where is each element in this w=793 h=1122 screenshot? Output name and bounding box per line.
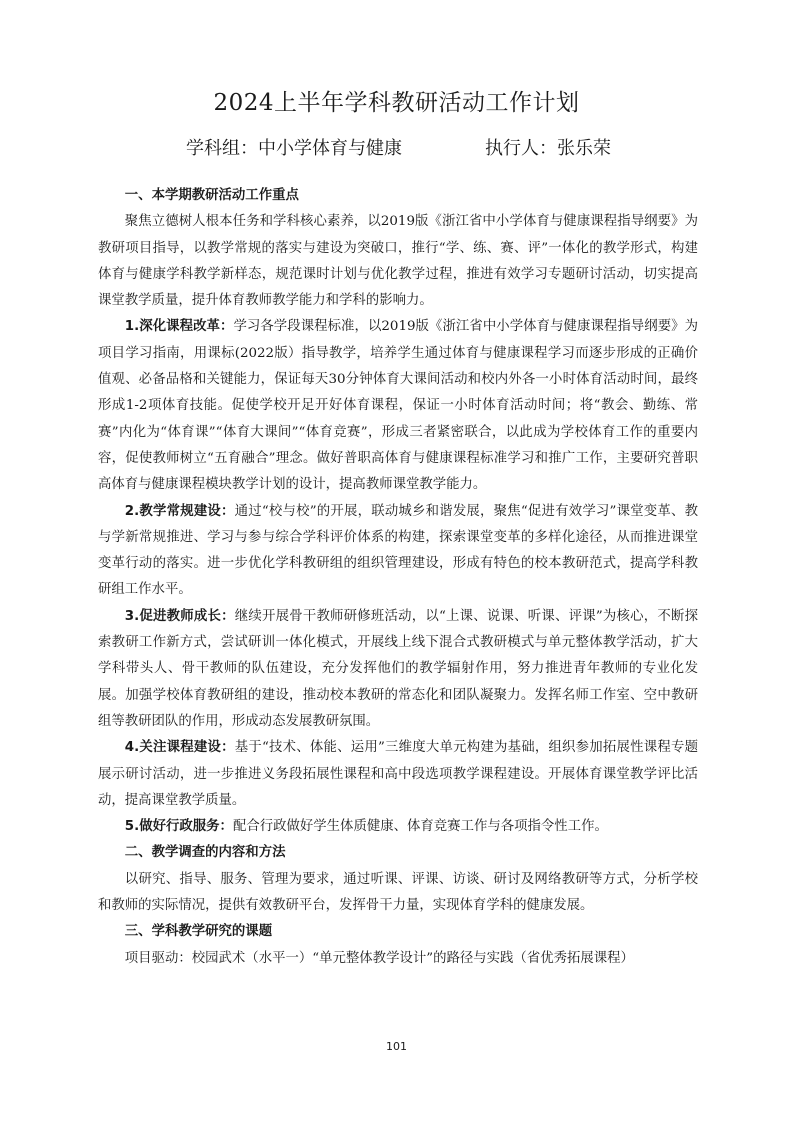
section-1-item-1: 1.深化课程改革：学习各学段课程标准，以2019版《浙江省中小学体育与健康课程指… <box>98 314 698 498</box>
section-1-intro: 聚焦立德树人根本任务和学科核心素养，以2019版《浙江省中小学体育与健康课程指导… <box>98 209 698 314</box>
executor-label: 执行人： <box>485 138 557 159</box>
document-page: 2024上半年学科教研活动工作计划 学科组：中小学体育与健康 执行人：张乐荣 一… <box>0 0 793 1122</box>
item-text: 继续开展骨干教师研修班活动，以“上课、说课、听课、评课”为核心，不断探索教研工作… <box>98 609 698 729</box>
section-2-intro: 以研究、指导、服务、管理为要求，通过听课、评课、访谈、研讨及网络教研等方式，分析… <box>98 867 698 920</box>
item-text: 学习各学段课程标准，以2019版《浙江省中小学体育与健康课程指导纲要》为项目学习… <box>98 319 698 492</box>
item-lead: 4.关注课程建设： <box>125 740 235 755</box>
item-lead: 5.做好行政服务： <box>125 819 233 834</box>
section-1-item-2: 2.教学常规建设：通过“校与校”的开展，联动城乡和谐发展，聚焦“促进有效学习”课… <box>98 499 698 604</box>
document-body: 一、本学期教研活动工作重点 聚焦立德树人根本任务和学科核心素养，以2019版《浙… <box>98 183 698 972</box>
executor: 执行人：张乐荣 <box>485 136 611 162</box>
executor-value: 张乐荣 <box>557 138 611 159</box>
section-heading-2: 二、教学调查的内容和方法 <box>98 840 698 866</box>
section-1-item-4: 4.关注课程建设：基于“技术、体能、运用”三维度大单元构建为基础，组织参加拓展性… <box>98 735 698 814</box>
subject-group-value: 中小学体育与健康 <box>258 138 402 159</box>
item-lead: 2.教学常规建设： <box>125 504 235 519</box>
section-3-intro: 项目驱动：校园武术（水平一）“单元整体教学设计”的路径与实践（省优秀拓展课程） <box>98 946 698 972</box>
item-text: 配合行政做好学生体质健康、体育竞赛工作与各项指令性工作。 <box>233 819 608 834</box>
subject-group: 学科组：中小学体育与健康 <box>186 136 402 162</box>
item-lead: 3.促进教师成长： <box>125 609 235 624</box>
section-1-item-3: 3.促进教师成长：继续开展骨干教师研修班活动，以“上课、说课、听课、评课”为核心… <box>98 604 698 735</box>
page-number: 101 <box>0 1040 793 1053</box>
section-heading-1: 一、本学期教研活动工作重点 <box>98 183 698 209</box>
subject-group-label: 学科组： <box>186 138 258 159</box>
section-1-item-5: 5.做好行政服务：配合行政做好学生体质健康、体育竞赛工作与各项指令性工作。 <box>98 814 698 840</box>
document-title: 2024上半年学科教研活动工作计划 <box>0 88 793 118</box>
item-lead: 1.深化课程改革： <box>125 319 234 334</box>
section-heading-3: 三、学科教学研究的课题 <box>98 919 698 945</box>
